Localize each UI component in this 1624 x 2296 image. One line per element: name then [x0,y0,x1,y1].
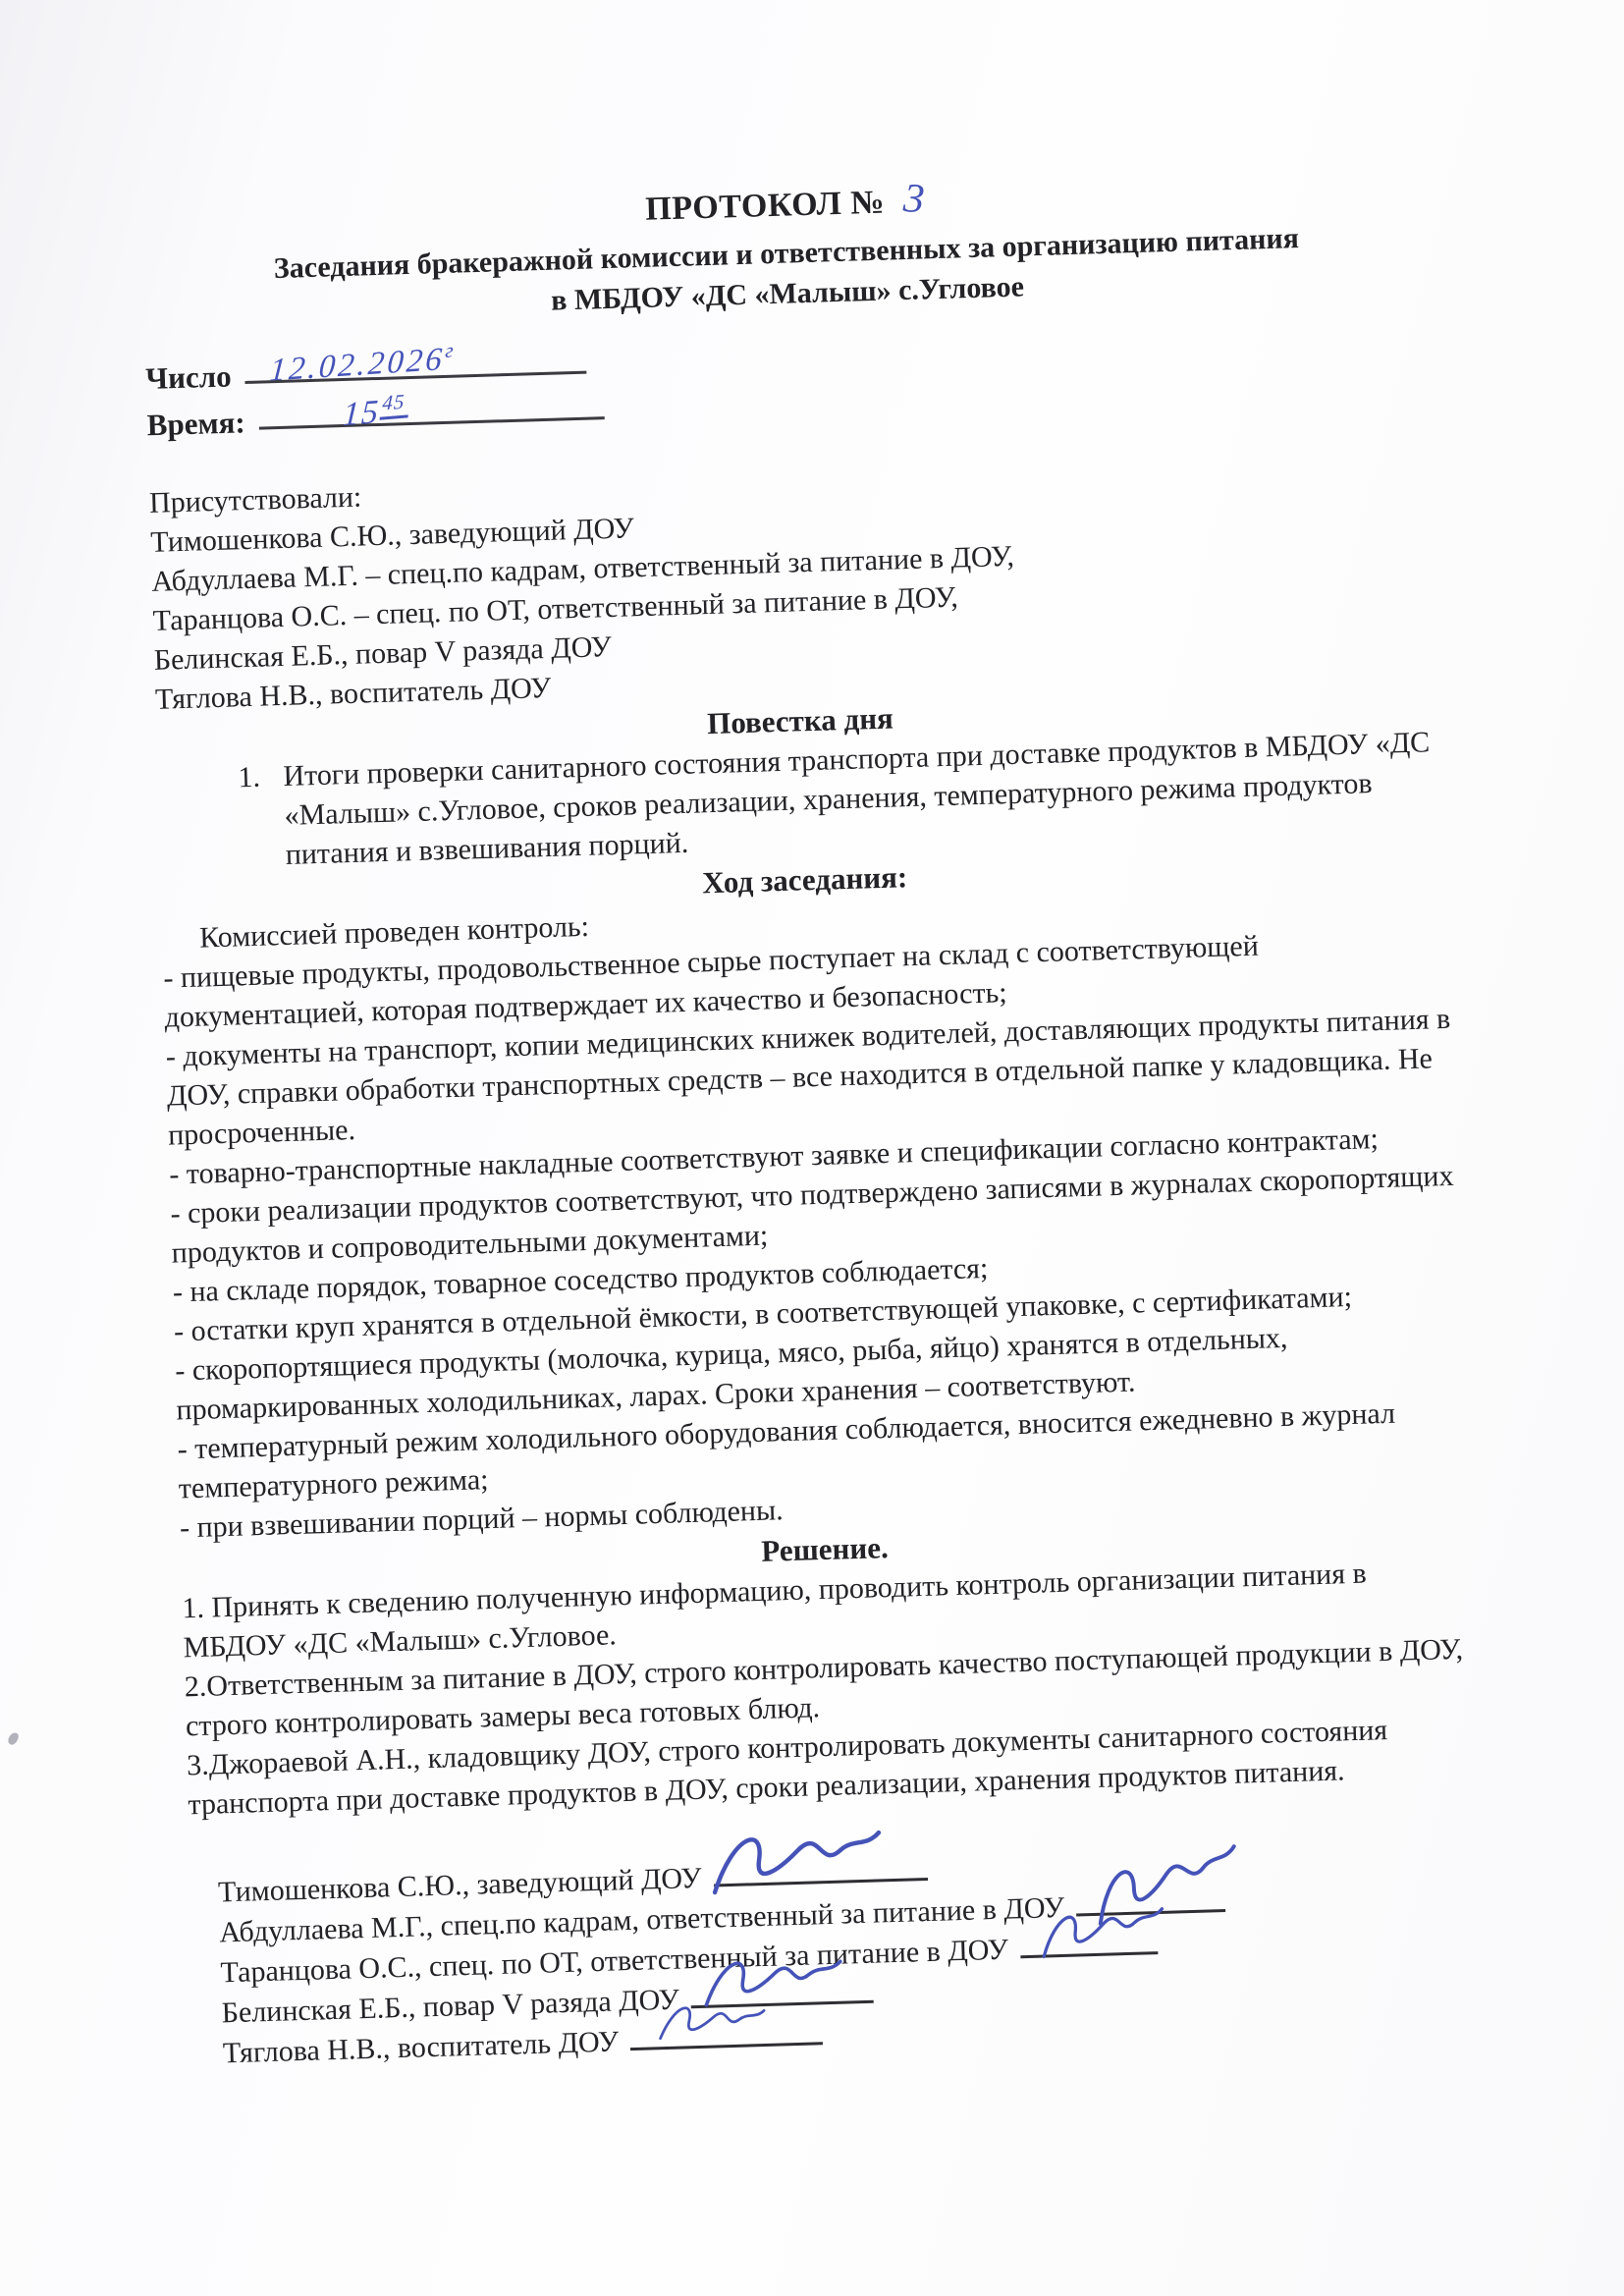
handwritten-time-value: 15 [342,394,381,433]
attendees-section: Присутствовали: Тимошенкова С.Ю., заведу… [149,446,1444,720]
date-blank-line: 12.02.2026г [244,336,587,384]
signature-blank-line [629,2012,823,2050]
decision-list: 1. Принять к сведению полученную информа… [182,1552,1477,1826]
signatures-section: Тимошенкова С.Ю., заведующий ДОУ Абдулла… [217,1831,1484,2070]
handwritten-time-superscript: 45 [379,389,409,420]
header-fields: Число12.02.2026г Время:1545 [144,310,1435,441]
control-points-list: - пищевые продукты, продовольственное сы… [163,921,1468,1549]
scanned-document-page: ПРОТОКОЛ № 3 Заседания бракеражной комис… [0,0,1624,2296]
handwritten-signature-icon [651,1992,773,2051]
signature-blank-line [713,1848,928,1886]
handwritten-time: 1545 [342,379,410,437]
attendees-list: Тимошенкова С.Ю., заведующий ДОУАбдуллае… [150,485,1443,720]
title-text: ПРОТОКОЛ № [645,184,894,227]
time-label: Время: [146,405,245,442]
scan-speck [7,1731,21,1747]
handwritten-date-suffix: г [445,338,456,362]
handwritten-date-value: 12.02.2026 [269,342,447,389]
signature-label: Тяглова Н.В., воспитатель ДОУ [222,2025,619,2069]
signature-blank-line [1019,1922,1158,1958]
date-label: Число [145,358,232,396]
handwritten-protocol-number: 3 [901,177,926,221]
agenda-item-number: 1. [238,757,287,876]
document-content: ПРОТОКОЛ № 3 Заседания бракеражной комис… [0,0,1624,2076]
